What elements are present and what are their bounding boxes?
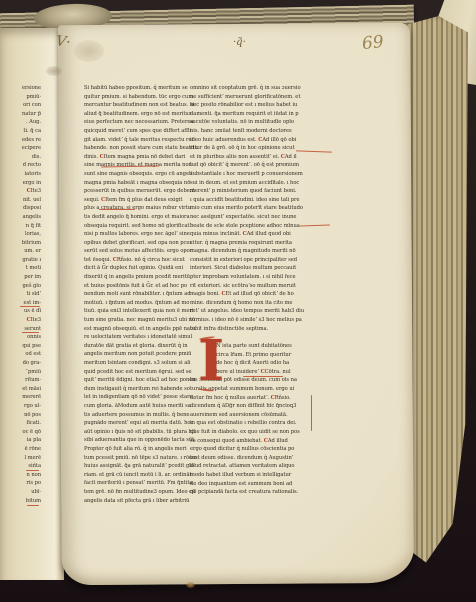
text-line: huius assignāt. q̄a grā naturalitʼ pcedi… <box>84 462 188 471</box>
text-line: d recto <box>1 161 41 170</box>
text-line: t moti <box>1 264 41 273</box>
text-line: detur fm hoc q́ nullus auertatʼ. CRñsio. <box>190 394 318 403</box>
text-line: opibus debet glorificari. sed opa non pc… <box>84 239 188 248</box>
text-line: tem grē. nō fm multitudine3 opum. Ideo c… <box>84 488 188 497</box>
text-line: rgo ul‐ <box>1 402 41 411</box>
text-line: quitur pmium. si habendum. tūc ergo cum <box>84 93 188 102</box>
text-line: ersione <box>1 84 41 93</box>
text-line: CIte3 <box>1 316 41 325</box>
text-line: ı quia accidīt beatitudini. ideo sine ta… <box>190 196 318 205</box>
text-line: mercantur beatitudinem non est beatus. s… <box>84 101 188 110</box>
text-line: habende. non possit stare cum statu beat… <box>84 144 188 153</box>
text-line: et huius positōnis fuit ā Ḡr. et ad ho… <box>84 282 188 291</box>
text-line: sunt sine magnis obsequis. ergo cū angel… <box>84 170 188 179</box>
text-line: beate de scīe stole pceptione adhoc mīnu… <box>190 222 318 231</box>
text-line: se consequi quod ambiebat. CAd illud <box>190 437 318 446</box>
text-line: et māsi <box>1 385 41 394</box>
text-line: que fuit in diabolo. ex quo uidit se non… <box>190 428 318 437</box>
text-line: sui in deum. et est pmium accidītale. ı … <box>190 179 318 188</box>
text-line: in qua est obstinatio ı rebellio contra … <box>190 419 318 428</box>
text-line: citur. q́ magna premia requirunt merita <box>190 239 318 248</box>
text-line: lud qō obicitʼ q́ merentʼ. oō q́ est pre… <box>190 161 318 170</box>
text-line: dixerūt q́ in angelis pmium pcedit merit… <box>84 273 188 282</box>
text-line: mine. dicendum q́ homo non ita cito me <box>190 299 318 308</box>
text-line: per im <box>1 273 41 282</box>
text-line: damenti. q̄a meritum requirit et iūdat i… <box>190 110 318 119</box>
rubric-mark-facing-page <box>20 306 40 307</box>
text-line: re uelocitatem veritates ı idoneitatē si… <box>84 333 188 342</box>
text-line: quid pcedit hoc est meritum ēgrui. sed s… <box>84 368 188 377</box>
rubric-mark-facing-page <box>26 470 39 471</box>
text-line: pmiū· <box>1 93 41 102</box>
text-line: iatoris <box>1 170 41 179</box>
rubric-underline <box>243 376 283 377</box>
text-line: nendum moti sunt rōnabiliter. ı q̄ntum a… <box>84 290 188 299</box>
text-line: ne sufficientʼ meruerunt glorificatōnem.… <box>190 93 318 102</box>
text-line: natur p̄ <box>1 110 41 119</box>
text-line: oc ē qō <box>1 428 41 437</box>
rubric-mark-facing-page <box>22 332 39 333</box>
text-line: tiuū. quia eni3 intellexerit quia non ē … <box>84 307 188 316</box>
rubric-underline <box>99 209 135 210</box>
text-line: . Aug. <box>1 118 41 127</box>
text-line: angelis <box>1 213 41 222</box>
text-line: dinis. CItem magna pmia nō debet dari <box>84 153 188 162</box>
text-line: interiori. Sicut diabolus multum peccaui… <box>190 264 318 273</box>
text-line: nō pos <box>1 411 41 420</box>
text-line: angelis data sit pfecta grā ı liber arbi… <box>84 497 188 506</box>
text-line: ē rōne <box>1 445 41 454</box>
text-line: duratōe dāt gratia et gloria. dixerūt q́… <box>84 342 188 351</box>
text-line: bitrium <box>1 239 41 248</box>
text-line: ritum· <box>1 376 41 385</box>
text-line: et in pluribus aliis non assentitʼ ei. C… <box>190 153 318 162</box>
text-line: tis dedit angelo q̄ homini. ergo et maio… <box>84 213 188 222</box>
text-line: ficati. <box>1 419 41 428</box>
text-line: substantiale ı hoc meruerīt p conuersion… <box>190 170 318 179</box>
text-line: cum gloria. āModum autē huius meriti sa <box>84 402 188 411</box>
text-line: od est <box>1 350 41 359</box>
text-line: est magnū obsequiū. et in angelis ppē na… <box>84 325 188 334</box>
text-line: qui pse <box>1 342 41 351</box>
text-line: riam. et grā cū iuncit motū i li. ar. or… <box>84 471 188 480</box>
text-line: pugnādo merentʼ equi aū merita datū. hoc <box>84 419 188 428</box>
text-line: bitum <box>1 497 41 506</box>
text-line: geš glo <box>1 282 41 291</box>
text-line: disposi <box>1 204 41 213</box>
text-line: nit. uel <box>1 196 41 205</box>
text-line: n q̄ fit <box>1 222 41 231</box>
text-line: ecipere <box>1 144 41 153</box>
text-line: let in indigentiam qō nō videtʼ posse st… <box>84 393 188 402</box>
text-column-1: Si habitū habeo ppositum. q́ meritum seq… <box>84 84 188 505</box>
text-line: us ē dī <box>1 307 41 316</box>
text-line: pter improbam voluntatem. ı si nihil fec… <box>190 273 318 282</box>
text-line: ubī· <box>1 488 41 497</box>
text-line: tum sine gratia. nec magnū meritu3 ubi n… <box>84 316 188 325</box>
text-line: magna. dicendum q́ magnitudo meriti nō <box>190 247 318 256</box>
text-line: motiuū. ı q̄ntum ad modus. q̄ntum ad mo <box>84 299 188 308</box>
text-line: de deo inquantum est summum boni ad <box>190 480 318 489</box>
text-line: meritum īsintam condigni. s3 solum si al… <box>84 359 188 368</box>
text-line: dicendum q́ āDḡr non diffinit hīc q̄nc… <box>190 402 318 411</box>
text-line: ergo quod dicitur q́ nullius cōscientia … <box>190 445 318 454</box>
text-line: merentʼ p ministerium quod faciunt boni. <box>190 187 318 196</box>
rubric-mark-facing-page <box>27 505 39 506</box>
text-line: n non <box>1 471 41 480</box>
text-column-2-paragraph-1: omnino sit cooptatum grē. q́ in sua ɔuer… <box>190 84 318 333</box>
quire-signature-mark: ·q̃· <box>233 37 246 48</box>
text-line: hec posito rōnabilior est ı melius habet… <box>190 101 318 110</box>
text-line: mererē <box>1 393 41 402</box>
facing-page-text-fragments: ersionepmiū·ori connatur p̄. Aug.ti. q̄ … <box>1 84 41 505</box>
text-line: omnino sit cooptatum grē. q́ in sua ɔuer… <box>190 84 318 93</box>
text-line: tis aduertere possumus in multis. q́ ben… <box>84 411 188 420</box>
text-line: serūt sed solus motus affectōis. ergo op… <box>84 247 188 256</box>
text-line: retʼ ut angelus. ideo tempus meriti hab3… <box>190 307 318 316</box>
text-line: nis. hanc ɔmūat tenīt moderni doctores <box>190 127 318 136</box>
text-line: quitʼ meritū ēdigni. hoc etia3 ad hoc po… <box>84 376 188 385</box>
text-line: onnis <box>1 333 41 342</box>
rubric-margin-line <box>311 395 312 431</box>
text-line: ris po <box>1 479 41 488</box>
stain-spot <box>186 582 195 588</box>
text-line: ti sīdʼ <box>1 290 41 299</box>
text-line: tet ēsequi. CRñsio. nō q́ circa hoc sicu… <box>84 256 188 265</box>
text-line: pcesserūt in quibus meruerūt. ergo deben… <box>84 187 188 196</box>
folio-number: 69 <box>361 32 385 54</box>
text-line: sequi. CItem fm q́ plus dat deus exigit <box>84 196 188 205</box>
text-line: do gra‐ <box>1 359 41 368</box>
text-line: Si habitū habeo ppositum. q́ meritum se <box>84 84 188 93</box>
text-line: nisi p multos labores. ergo nec āgelʼ si… <box>84 230 188 239</box>
text-line: nec assīguntʼ expectatōe. sicut nec inun… <box>190 213 318 222</box>
text-line: mio cum eius merito poterīt stare beatit… <box>190 204 318 213</box>
text-line: quicquid meretʼ cum spes que differt aff… <box>84 127 188 136</box>
text-line: rit exteriori. sic ecōtraʼso multum meru… <box>190 282 318 291</box>
text-line: sibi aduersantia que in opponēdo tacta s… <box>84 436 188 445</box>
text-line: secutōe voluntatis. nō in multitudīe opī… <box>190 118 318 127</box>
text-line: ̄pmiū <box>1 368 41 377</box>
text-line: magna pmia habeāt ı magna obsequia nō <box>84 179 188 188</box>
text-line: eius perfectum nec necessarium. Preterea… <box>84 118 188 127</box>
text-line: dum instigauit q́ meritum rei habende so <box>84 385 188 394</box>
text-line: gratie ı <box>1 256 41 265</box>
text-line: Propter qō fuit alia rō. q́ in angelis m… <box>84 445 188 454</box>
red-lombard-initial: I <box>198 336 224 388</box>
text-line: ideo huic aduerendus est. CAd illō qō ob… <box>190 136 318 145</box>
text-line: turnius. ı ideo nō ē simileʼ s3 hoc meli… <box>190 316 318 325</box>
text-line: angelis meritum non potuit pcedere pmiū <box>84 350 188 359</box>
text-line: modo habet illud verbum si intelligatur <box>190 471 318 480</box>
stain-smudge <box>46 66 62 76</box>
text-line: tum pcessit pmiū. nō tēpe s3 nature. ı r… <box>84 454 188 463</box>
text-line: qō pcipiandā facta est creatura rational… <box>190 488 318 497</box>
text-line: lorias, <box>1 230 41 239</box>
text-line: magis boni. CEt ad illud qō obicitʼ de h… <box>190 290 318 299</box>
text-line: dis. <box>1 153 41 162</box>
text-line: consistit in exteriori ope principaliter… <box>190 256 318 265</box>
text-line: um. er <box>1 247 41 256</box>
book-photograph: V· ·q̃· 69 ersionepmiū·ori connatur p̄. … <box>0 0 476 602</box>
text-line: facit meritoriū ı pensatʼ meritū. Fm q̄n… <box>84 479 188 488</box>
text-line: ergo in <box>1 179 41 188</box>
text-line: illud retractat. attamen veritatem aliqu… <box>190 462 318 471</box>
text-line: ia pla <box>1 436 41 445</box>
text-line: auersinem sed auersionem cōsūmatā. <box>190 411 318 420</box>
text-line: aliud q̄ beatitudinem. ergo nō est merit… <box>84 110 188 119</box>
text-line: ori con <box>1 101 41 110</box>
text-line: dicit ā Ḡr duplex fuit opinio. Quidā e… <box>84 264 188 273</box>
handwritten-mark-top-left: V· <box>55 33 72 51</box>
text-line: l merē <box>1 454 41 463</box>
text-line: ti. q̄ ca <box>1 127 41 136</box>
text-line: git aīam. videtʼ q́ tale meritus respect… <box>84 136 188 145</box>
corner-soiling <box>74 40 104 62</box>
text-line: test deum odisse. dicendum q́ Augustinʼ <box>190 454 318 463</box>
text-line: quia minus inclināt. CAd illud quod obi <box>190 230 318 239</box>
text-line: aūt opinio ı q̄uis nō sit pbabilis. tū p… <box>84 428 188 437</box>
text-line: CIte3 <box>1 187 41 196</box>
text-line: obsequia requirit. sed homo nō glorifica… <box>84 222 188 231</box>
text-line: edes re <box>1 136 41 145</box>
